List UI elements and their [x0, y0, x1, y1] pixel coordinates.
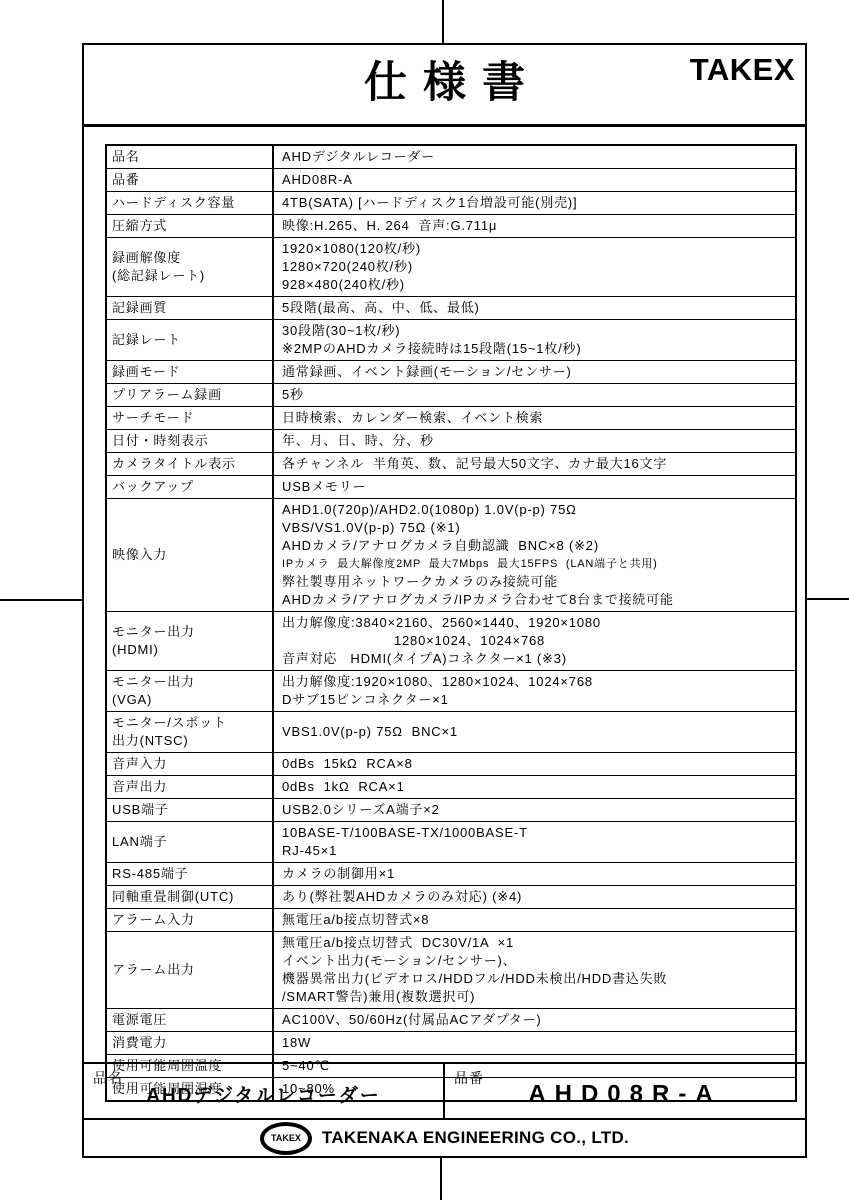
table-row: USB端子USB2.0シリーズA端子×2: [107, 799, 795, 822]
row-label-line: 記録画質: [112, 299, 269, 317]
table-row: 記録画質5段階(最高、高、中、低、最低): [107, 297, 795, 320]
row-label-line: 録画解像度: [112, 249, 269, 267]
row-value-cell: VBS1.0V(p-p) 75Ω BNC×1: [274, 712, 795, 752]
row-label-line: モニター出力: [112, 623, 269, 641]
row-value-line: 10BASE-T/100BASE-TX/1000BASE-T: [282, 824, 791, 842]
row-value-cell: USB2.0シリーズA端子×2: [274, 799, 795, 821]
header-band: 仕様書 TAKEX: [84, 45, 805, 127]
crop-mark-top: [442, 0, 444, 45]
row-value-cell: AC100V、50/60Hz(付属品ACアダプター): [274, 1009, 795, 1031]
table-row: ハードディスク容量4TB(SATA) [ハードディスク1台増設可能(別売)]: [107, 192, 795, 215]
row-label-line: 同軸重畳制御(UTC): [112, 888, 269, 906]
row-value-line: 30段階(30~1枚/秒): [282, 322, 791, 340]
row-label-line: LAN端子: [112, 833, 269, 851]
row-label-cell: 圧縮方式: [107, 215, 274, 237]
row-value-cell: 無電圧a/b接点切替式 DC30V/1A ×1イベント出力(モーション/センサー…: [274, 932, 795, 1008]
row-value-line: 928×480(240枚/秒): [282, 276, 791, 294]
table-row: RS-485端子カメラの制御用×1: [107, 863, 795, 886]
row-label-cell: 品名: [107, 146, 274, 168]
table-row: 音声入力0dBs 15kΩ RCA×8: [107, 753, 795, 776]
row-value-line: 4TB(SATA) [ハードディスク1台増設可能(別売)]: [282, 194, 791, 212]
row-label-line: 音声入力: [112, 755, 269, 773]
document-frame: 仕様書 TAKEX 品名AHDデジタルレコーダー品番AHD08R-Aハードディス…: [82, 43, 807, 1158]
row-value-cell: 10BASE-T/100BASE-TX/1000BASE-TRJ-45×1: [274, 822, 795, 862]
row-value-cell: 年、月、日、時、分、秒: [274, 430, 795, 452]
row-label-cell: USB端子: [107, 799, 274, 821]
row-value-cell: USBメモリー: [274, 476, 795, 498]
row-label-line: サーチモード: [112, 409, 269, 427]
row-label-line: ハードディスク容量: [112, 194, 269, 212]
row-value-cell: AHD1.0(720p)/AHD2.0(1080p) 1.0V(p-p) 75Ω…: [274, 499, 795, 611]
row-label-cell: 同軸重畳制御(UTC): [107, 886, 274, 908]
row-value-cell: AHD08R-A: [274, 169, 795, 191]
row-value-line: AHDカメラ/アナログカメラ自動認識 BNC×8 (※2): [282, 537, 791, 555]
table-row: 同軸重畳制御(UTC)あり(弊社製AHDカメラのみ対応) (※4): [107, 886, 795, 909]
row-value-line: Dサブ15ピンコネクター×1: [282, 691, 791, 709]
row-value-cell: 日時検索、カレンダー検索、イベント検索: [274, 407, 795, 429]
row-value-cell: 5秒: [274, 384, 795, 406]
row-label-cell: 音声入力: [107, 753, 274, 775]
row-value-line: IPカメラ 最大解像度2MP 最大7Mbps 最大15FPS (LAN端子と共用…: [282, 555, 791, 573]
row-label-cell: バックアップ: [107, 476, 274, 498]
table-row: 品番AHD08R-A: [107, 169, 795, 192]
row-label-cell: アラーム入力: [107, 909, 274, 931]
row-label-cell: 電源電圧: [107, 1009, 274, 1031]
row-value-line: 1280×1024、1024×768: [282, 632, 791, 650]
row-value-line: 機器異常出力(ビデオロス/HDDフル/HDD未検出/HDD書込失敗: [282, 970, 791, 988]
row-label-line: (VGA): [112, 691, 269, 709]
row-value-line: AC100V、50/60Hz(付属品ACアダプター): [282, 1011, 791, 1029]
crop-mark-right: [807, 598, 849, 600]
table-row: 録画モード通常録画、イベント録画(モーション/センサー): [107, 361, 795, 384]
row-value-line: VBS/VS1.0V(p-p) 75Ω (※1): [282, 519, 791, 537]
table-row: 消費電力18W: [107, 1032, 795, 1055]
row-label-cell: 日付・時刻表示: [107, 430, 274, 452]
row-value-line: 5段階(最高、高、中、低、最低): [282, 299, 791, 317]
row-value-cell: 18W: [274, 1032, 795, 1054]
table-row: カメラタイトル表示各チャンネル 半角英、数、記号最大50文字、カナ最大16文字: [107, 453, 795, 476]
row-value-line: 通常録画、イベント録画(モーション/センサー): [282, 363, 791, 381]
table-row: 品名AHDデジタルレコーダー: [107, 146, 795, 169]
table-row: 録画解像度(総記録レート)1920×1080(120枚/秒)1280×720(2…: [107, 238, 795, 297]
row-value-line: AHDカメラ/アナログカメラ/IPカメラ合わせて8台まで接続可能: [282, 591, 791, 609]
table-row: 音声出力0dBs 1kΩ RCA×1: [107, 776, 795, 799]
row-value-line: VBS1.0V(p-p) 75Ω BNC×1: [282, 723, 791, 741]
row-label-line: 日付・時刻表示: [112, 432, 269, 450]
table-row: プリアラーム録画5秒: [107, 384, 795, 407]
row-value-line: RJ-45×1: [282, 842, 791, 860]
row-label-line: カメラタイトル表示: [112, 455, 269, 473]
row-value-cell: 出力解像度:3840×2160、2560×1440、1920×10801280×…: [274, 612, 795, 670]
row-value-line: 18W: [282, 1034, 791, 1052]
row-label-cell: 記録レート: [107, 320, 274, 360]
company-name: TAKENAKA ENGINEERING CO., LTD.: [322, 1128, 629, 1148]
crop-mark-bottom: [440, 1158, 442, 1200]
row-label-cell: サーチモード: [107, 407, 274, 429]
table-row: LAN端子10BASE-T/100BASE-TX/1000BASE-TRJ-45…: [107, 822, 795, 863]
row-value-line: 無電圧a/b接点切替式×8: [282, 911, 791, 929]
row-value-cell: 各チャンネル 半角英、数、記号最大50文字、カナ最大16文字: [274, 453, 795, 475]
row-value-cell: 30段階(30~1枚/秒)※2MPのAHDカメラ接続時は15段階(15~1枚/秒…: [274, 320, 795, 360]
row-value-cell: カメラの制御用×1: [274, 863, 795, 885]
spec-table-rows: 品名AHDデジタルレコーダー品番AHD08R-Aハードディスク容量4TB(SAT…: [107, 146, 795, 1100]
row-value-line: 1280×720(240枚/秒): [282, 258, 791, 276]
row-label-line: (HDMI): [112, 641, 269, 659]
row-label-cell: 録画モード: [107, 361, 274, 383]
table-row: 圧縮方式映像:H.265、H. 264 音声:G.711μ: [107, 215, 795, 238]
spec-sheet-page: 仕様書 TAKEX 品名AHDデジタルレコーダー品番AHD08R-Aハードディス…: [0, 0, 849, 1200]
row-value-line: 各チャンネル 半角英、数、記号最大50文字、カナ最大16文字: [282, 455, 791, 473]
product-name-value: AHDデジタルレコーダー: [84, 1081, 443, 1108]
table-row: 記録レート30段階(30~1枚/秒)※2MPのAHDカメラ接続時は15段階(15…: [107, 320, 795, 361]
table-row: 日付・時刻表示年、月、日、時、分、秒: [107, 430, 795, 453]
table-row: バックアップUSBメモリー: [107, 476, 795, 499]
company-band: TAKEX TAKENAKA ENGINEERING CO., LTD.: [84, 1120, 805, 1156]
row-value-line: 年、月、日、時、分、秒: [282, 432, 791, 450]
row-label-cell: 品番: [107, 169, 274, 191]
table-row: アラーム入力無電圧a/b接点切替式×8: [107, 909, 795, 932]
row-value-line: AHDデジタルレコーダー: [282, 148, 791, 166]
row-label-cell: プリアラーム録画: [107, 384, 274, 406]
table-row: アラーム出力無電圧a/b接点切替式 DC30V/1A ×1イベント出力(モーショ…: [107, 932, 795, 1009]
row-value-line: あり(弊社製AHDカメラのみ対応) (※4): [282, 888, 791, 906]
product-name-band: 品名 AHDデジタルレコーダー 品番 AHD08R-A: [84, 1062, 805, 1120]
row-label-cell: 音声出力: [107, 776, 274, 798]
row-value-cell: 通常録画、イベント録画(モーション/センサー): [274, 361, 795, 383]
row-label-cell: RS-485端子: [107, 863, 274, 885]
row-label-line: 圧縮方式: [112, 217, 269, 235]
row-value-line: カメラの制御用×1: [282, 865, 791, 883]
product-name-cell: 品名 AHDデジタルレコーダー: [84, 1064, 445, 1118]
row-value-cell: あり(弊社製AHDカメラのみ対応) (※4): [274, 886, 795, 908]
row-label-line: 映像入力: [112, 546, 269, 564]
row-value-line: USB2.0シリーズA端子×2: [282, 801, 791, 819]
row-label-cell: モニター出力(HDMI): [107, 612, 274, 670]
row-value-line: 0dBs 15kΩ RCA×8: [282, 755, 791, 773]
table-row: モニター出力(HDMI)出力解像度:3840×2160、2560×1440、19…: [107, 612, 795, 671]
row-label-cell: カメラタイトル表示: [107, 453, 274, 475]
row-label-cell: モニター出力(VGA): [107, 671, 274, 711]
row-label-line: プリアラーム録画: [112, 386, 269, 404]
row-value-cell: 0dBs 15kΩ RCA×8: [274, 753, 795, 775]
row-value-cell: 映像:H.265、H. 264 音声:G.711μ: [274, 215, 795, 237]
row-value-line: 出力解像度:1920×1080、1280×1024、1024×768: [282, 673, 791, 691]
row-label-line: 品名: [112, 148, 269, 166]
row-label-line: アラーム出力: [112, 961, 269, 979]
row-value-cell: AHDデジタルレコーダー: [274, 146, 795, 168]
row-value-cell: 0dBs 1kΩ RCA×1: [274, 776, 795, 798]
row-value-cell: 5段階(最高、高、中、低、最低): [274, 297, 795, 319]
row-label-cell: モニター/スポット出力(NTSC): [107, 712, 274, 752]
row-value-line: USBメモリー: [282, 478, 791, 496]
spec-table: 品名AHDデジタルレコーダー品番AHD08R-Aハードディスク容量4TB(SAT…: [105, 144, 797, 1102]
row-label-line: (総記録レート): [112, 267, 269, 285]
row-value-line: ※2MPのAHDカメラ接続時は15段階(15~1枚/秒): [282, 340, 791, 358]
table-row: 映像入力AHD1.0(720p)/AHD2.0(1080p) 1.0V(p-p)…: [107, 499, 795, 612]
row-value-line: 0dBs 1kΩ RCA×1: [282, 778, 791, 796]
row-label-line: モニター/スポット: [112, 714, 269, 732]
row-label-cell: アラーム出力: [107, 932, 274, 1008]
row-value-cell: 4TB(SATA) [ハードディスク1台増設可能(別売)]: [274, 192, 795, 214]
row-label-line: 出力(NTSC): [112, 732, 269, 750]
takex-oval-logo-icon: TAKEX: [260, 1122, 312, 1155]
takex-oval-logo-text: TAKEX: [271, 1133, 301, 1143]
row-value-cell: 出力解像度:1920×1080、1280×1024、1024×768Dサブ15ピ…: [274, 671, 795, 711]
row-label-cell: 録画解像度(総記録レート): [107, 238, 274, 296]
row-value-cell: 無電圧a/b接点切替式×8: [274, 909, 795, 931]
crop-mark-left: [0, 599, 82, 601]
row-label-cell: 記録画質: [107, 297, 274, 319]
row-value-line: 1920×1080(120枚/秒): [282, 240, 791, 258]
row-label-line: RS-485端子: [112, 865, 269, 883]
row-value-line: イベント出力(モーション/センサー)、: [282, 952, 791, 970]
row-label-line: 電源電圧: [112, 1011, 269, 1029]
table-row: サーチモード日時検索、カレンダー検索、イベント検索: [107, 407, 795, 430]
row-label-cell: LAN端子: [107, 822, 274, 862]
row-label-cell: ハードディスク容量: [107, 192, 274, 214]
row-label-line: バックアップ: [112, 478, 269, 496]
row-value-line: AHD1.0(720p)/AHD2.0(1080p) 1.0V(p-p) 75Ω: [282, 501, 791, 519]
product-number-cell: 品番 AHD08R-A: [445, 1064, 805, 1118]
row-value-line: 出力解像度:3840×2160、2560×1440、1920×1080: [282, 614, 791, 632]
row-label-line: 記録レート: [112, 331, 269, 349]
row-value-cell: 1920×1080(120枚/秒)1280×720(240枚/秒)928×480…: [274, 238, 795, 296]
row-value-line: 5秒: [282, 386, 791, 404]
row-label-line: 音声出力: [112, 778, 269, 796]
table-row: モニター/スポット出力(NTSC)VBS1.0V(p-p) 75Ω BNC×1: [107, 712, 795, 753]
table-row: モニター出力(VGA)出力解像度:1920×1080、1280×1024、102…: [107, 671, 795, 712]
row-label-line: 消費電力: [112, 1034, 269, 1052]
row-value-line: /SMART警告)兼用(複数選択可): [282, 988, 791, 1006]
row-label-line: アラーム入力: [112, 911, 269, 929]
row-value-line: 無電圧a/b接点切替式 DC30V/1A ×1: [282, 934, 791, 952]
row-label-line: USB端子: [112, 801, 269, 819]
table-row: 電源電圧AC100V、50/60Hz(付属品ACアダプター): [107, 1009, 795, 1032]
row-label-line: 録画モード: [112, 363, 269, 381]
row-value-line: 日時検索、カレンダー検索、イベント検索: [282, 409, 791, 427]
row-value-line: 音声対応 HDMI(タイプA)コネクター×1 (※3): [282, 650, 791, 668]
brand-logo: TAKEX: [690, 52, 795, 88]
row-label-cell: 映像入力: [107, 499, 274, 611]
row-value-line: 映像:H.265、H. 264 音声:G.711μ: [282, 217, 791, 235]
row-label-line: モニター出力: [112, 673, 269, 691]
product-number-value: AHD08R-A: [445, 1080, 805, 1108]
row-value-line: AHD08R-A: [282, 171, 791, 189]
row-label-cell: 消費電力: [107, 1032, 274, 1054]
row-value-line: 弊社製専用ネットワークカメラのみ接続可能: [282, 573, 791, 591]
row-label-line: 品番: [112, 171, 269, 189]
